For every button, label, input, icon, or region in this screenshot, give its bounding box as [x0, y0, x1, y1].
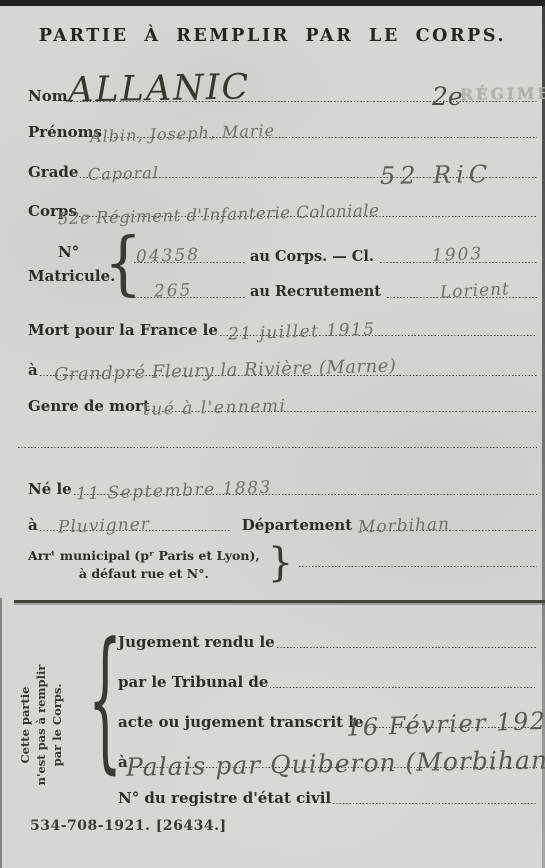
tribunal-dotted-line: [270, 686, 537, 688]
nom-label: Nom: [28, 88, 68, 105]
transcrit-label: acte ou jugement transcrit le: [118, 714, 364, 731]
field-prenoms: Prénoms Albin, Joseph, Marie: [28, 120, 537, 140]
ne-a-value-handwritten: Pluvigner: [58, 516, 150, 536]
blank-line: [16, 434, 537, 450]
field-ne-a-departement: à Département Pluvigner Morbihan: [28, 512, 537, 533]
registre-dotted-line: [333, 802, 537, 804]
lieu-mort-label: à: [28, 362, 38, 379]
departement-label: Département: [230, 517, 358, 534]
matricule-label: Matricule.: [28, 267, 106, 285]
grade-label: Grade: [28, 164, 78, 181]
recrutement-bureau-handwritten: Lorient: [440, 281, 511, 302]
matricule-line-recrutement: au Recrutement 265 Lorient: [132, 268, 537, 303]
field-transcrit: acte ou jugement transcrit le 16 Février…: [118, 710, 537, 730]
matricule-lines: au Corps. — Cl. 04358 1903 au Recrutemen…: [132, 233, 537, 303]
mort-date-handwritten: 21 juillet 1915: [228, 321, 376, 343]
transcrit-lieu-handwritten: Palais par Quiberon (Morbihan): [126, 747, 545, 780]
form-title: PARTIE À REMPLIR PAR LE CORPS.: [0, 26, 545, 46]
genre-mort-label: Genre de mort: [28, 398, 150, 415]
genre-mort-value-handwritten: tué à l'ennemi: [143, 398, 287, 419]
section-separator: [14, 600, 545, 603]
jugement-rendu-label: Jugement rendu le: [118, 634, 275, 651]
ne-le-label: Né le: [28, 481, 72, 498]
matricule-recrutement-value-handwritten: 265: [154, 282, 193, 300]
arr-dotted-line: [299, 565, 537, 567]
jugement-rendu-dotted-line: [277, 646, 537, 648]
field-registre: N° du registre d'état civil: [118, 786, 537, 806]
departement-value-handwritten: Morbihan: [358, 516, 451, 536]
grade-value-handwritten: Caporal: [88, 165, 159, 183]
matricule-line-corps: au Corps. — Cl. 04358 1903: [132, 233, 537, 268]
matricule-no-label: N°: [58, 243, 106, 261]
field-mort: Mort pour la France le 21 juillet 1915: [28, 318, 537, 338]
arr-brace: }: [268, 543, 293, 583]
arr-municipal-labels: Arrᵗ municipal (pʳ Paris et Lyon), à déf…: [28, 547, 260, 583]
tribunal-label: par le Tribunal de: [118, 674, 268, 691]
field-jugement-rendu: Jugement rendu le: [118, 630, 537, 650]
lieu-mort-value-handwritten: Grandpré Fleury la Rivière (Marne): [54, 358, 397, 385]
nom-value-handwritten: ALLANIC: [68, 70, 251, 108]
scan-edge-top: [0, 0, 545, 6]
marginal-note: Cette partie n'est pas à remplir par le …: [17, 645, 67, 805]
au-recrutement-label: au Recrutement: [246, 284, 385, 300]
scan-edge-left: [0, 598, 2, 868]
regiment-stamp: RÉGIMENT: [460, 83, 545, 104]
matricule-corps-value-handwritten: 04358: [136, 247, 201, 266]
matricule-labels: N° Matricule.: [28, 233, 106, 303]
marginal-note-line3: par le Corps.: [49, 645, 65, 805]
field-arr-municipal: Arrᵗ municipal (pʳ Paris et Lyon), à déf…: [28, 543, 537, 583]
field-genre-mort: Genre de mort tué à l'ennemi: [28, 394, 537, 414]
field-matricule: N° Matricule. { au Corps. — Cl. 04358 19…: [28, 233, 537, 303]
unit-annotation-pencil: 52 RiC: [380, 162, 493, 188]
registre-label: N° du registre d'état civil: [118, 790, 331, 807]
arr-label-line1: Arrᵗ municipal (pʳ Paris et Lyon),: [28, 547, 260, 565]
prenoms-value-handwritten: Albin, Joseph, Marie: [90, 123, 276, 145]
field-ne-le: Né le 11 Septembre 1883: [28, 477, 537, 497]
field-nom: Nom ALLANIC 2e RÉGIMENT: [28, 84, 537, 104]
field-transcrit-lieu: à Palais par Quiberon (Morbihan): [118, 748, 537, 770]
ne-a-label: à: [28, 517, 38, 534]
transcrit-date-handwritten: 16 Février 1920: [346, 708, 545, 740]
marginal-note-line2: n'est pas à remplir: [33, 645, 49, 805]
ne-le-value-handwritten: 11 Septembre 1883: [76, 480, 272, 504]
regiment-number-handwritten: 2e: [432, 84, 463, 109]
field-corps: Corps 52e Régiment d'Infanterie Colonial…: [28, 199, 537, 219]
marginal-note-line1: Cette partie: [17, 645, 33, 805]
blank-dotted-line: [18, 446, 537, 448]
classe-value-handwritten: 1903: [432, 246, 484, 265]
field-grade: Grade Caporal 52 RiC: [28, 160, 537, 180]
au-corps-label: au Corps. — Cl.: [246, 249, 378, 265]
field-tribunal: par le Tribunal de: [118, 670, 537, 690]
mort-label: Mort pour la France le: [28, 322, 218, 339]
field-lieu-mort: à Grandpré Fleury la Rivière (Marne): [28, 357, 537, 378]
arr-label-line2: à défaut rue et N°.: [28, 565, 260, 583]
printer-imprint: 534-708-1921. [26434.]: [30, 818, 227, 834]
scanned-military-record: { "title": "PARTIE À REMPLIR PAR LE CORP…: [0, 0, 545, 868]
